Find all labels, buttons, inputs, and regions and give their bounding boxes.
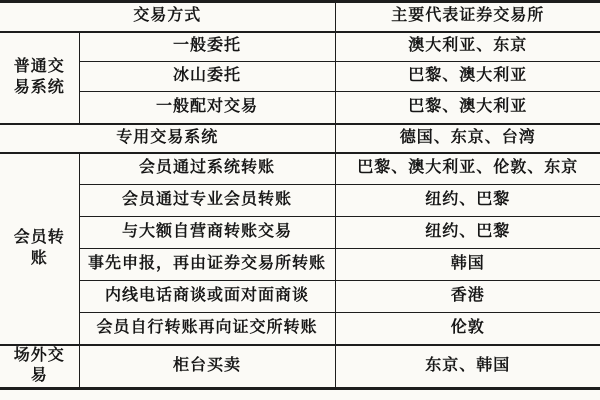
table-row: 会员转 账 会员通过系统转账 巴黎、澳大利亚、伦敦、东京 <box>0 153 600 185</box>
method-cell: 冰山委托 <box>79 62 335 92</box>
exchanges-cell: 澳大利亚、东京 <box>335 32 600 62</box>
exchanges-cell: 巴黎、澳大利亚、伦敦、东京 <box>335 153 600 185</box>
exchanges-cell: 巴黎、澳大利亚 <box>335 62 600 92</box>
table-row: 专用交易系统 德国、东京、台湾 <box>0 124 600 153</box>
table-row: 内线电话商谈或面对面商谈 香港 <box>0 281 600 313</box>
method-cell: 内线电话商谈或面对面商谈 <box>79 281 335 313</box>
exchanges-cell: 伦敦 <box>335 313 600 345</box>
method-cell: 柜台买卖 <box>79 345 335 389</box>
exchanges-cell: 香港 <box>335 281 600 313</box>
scanned-document-page: 交易方式 主要代表证券交易所 普通交 易系统 一般委托 澳大利亚、东京 冰山委托… <box>0 0 600 400</box>
exchanges-cell: 德国、东京、台湾 <box>335 124 600 153</box>
method-cell-dedicated-system: 专用交易系统 <box>0 124 335 153</box>
header-exchanges-cell: 主要代表证券交易所 <box>335 2 600 32</box>
exchanges-cell: 东京、韩国 <box>335 345 600 389</box>
exchanges-cell: 巴黎、澳大利亚 <box>335 92 600 124</box>
group-cell-member-transfer: 会员转 账 <box>0 153 79 345</box>
table-row: 场外交 易 柜台买卖 东京、韩国 <box>0 345 600 389</box>
group-cell-ordinary-trading-system: 普通交 易系统 <box>0 32 79 124</box>
method-cell: 会员通过系统转账 <box>79 153 335 185</box>
table-row: 会员通过专业会员转账 纽约、巴黎 <box>0 185 600 217</box>
group-cell-otc-trading: 场外交 易 <box>0 345 79 389</box>
table-row: 普通交 易系统 一般委托 澳大利亚、东京 <box>0 32 600 62</box>
table-row: 一般配对交易 巴黎、澳大利亚 <box>0 92 600 124</box>
table-row: 会员自行转账再向证交所转账 伦敦 <box>0 313 600 345</box>
method-cell: 一般委托 <box>79 32 335 62</box>
method-cell: 会员自行转账再向证交所转账 <box>79 313 335 345</box>
table-row: 与大额自营商转账交易 纽约、巴黎 <box>0 217 600 249</box>
header-method-cell: 交易方式 <box>0 2 335 32</box>
method-cell: 一般配对交易 <box>79 92 335 124</box>
exchanges-cell: 纽约、巴黎 <box>335 217 600 249</box>
table-row: 冰山委托 巴黎、澳大利亚 <box>0 62 600 92</box>
table-header-row: 交易方式 主要代表证券交易所 <box>0 2 600 32</box>
trading-methods-table: 交易方式 主要代表证券交易所 普通交 易系统 一般委托 澳大利亚、东京 冰山委托… <box>0 0 600 390</box>
exchanges-cell: 纽约、巴黎 <box>335 185 600 217</box>
exchanges-cell: 韩国 <box>335 249 600 281</box>
method-cell: 事先申报，再由证券交易所转账 <box>79 249 335 281</box>
table-row: 事先申报，再由证券交易所转账 韩国 <box>0 249 600 281</box>
method-cell: 与大额自营商转账交易 <box>79 217 335 249</box>
method-cell: 会员通过专业会员转账 <box>79 185 335 217</box>
